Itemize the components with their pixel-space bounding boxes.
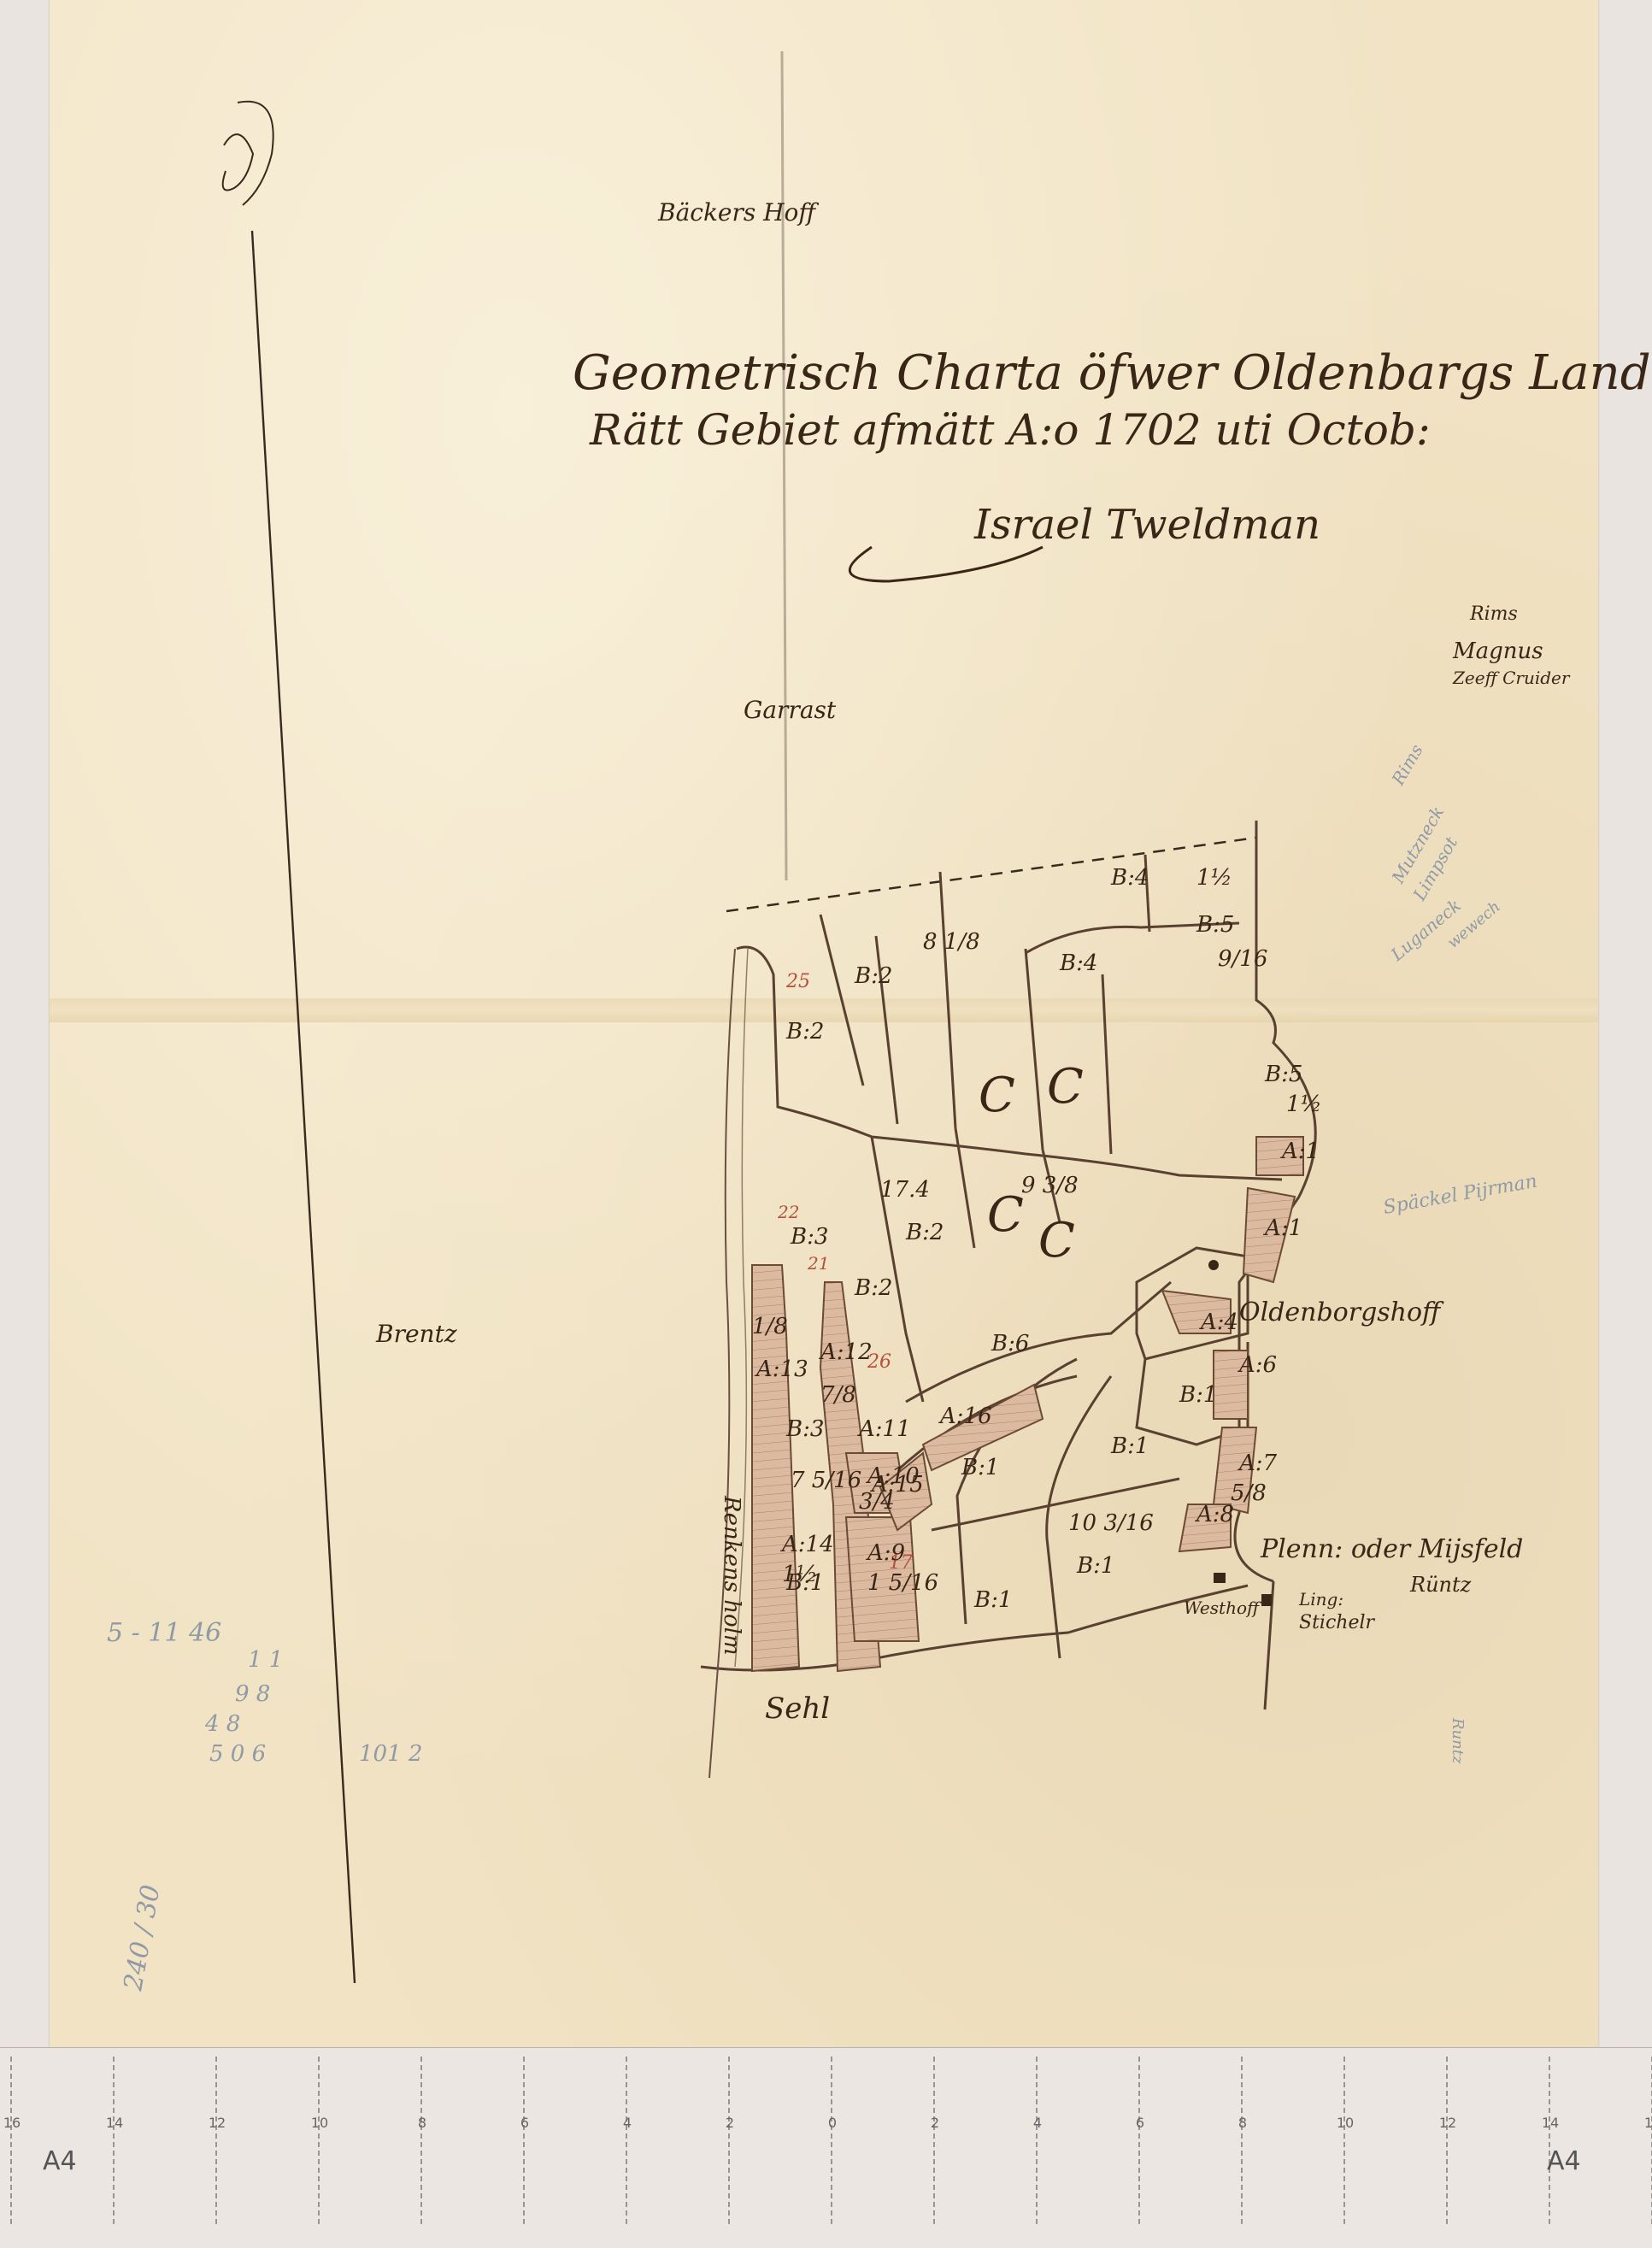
parcel-label: 9 3/8 bbox=[1021, 1173, 1079, 1198]
ruler-label-left: A4 bbox=[43, 2146, 77, 2176]
title-block: Geometrisch Charta öfwer Oldenbargs Land… bbox=[573, 345, 1652, 581]
parcel-label: B:1 bbox=[1076, 1553, 1114, 1579]
label-backers-hoff: Bäckers Hoff bbox=[657, 198, 819, 227]
ruler-number: 8 bbox=[1238, 2115, 1247, 2131]
parcel-label: A:6 bbox=[1238, 1352, 1277, 1378]
parcel-label: 9/16 bbox=[1218, 946, 1267, 972]
svg-text:1 1: 1 1 bbox=[248, 1647, 283, 1673]
ruler-tick bbox=[420, 2057, 422, 2227]
ruler-number: 14 bbox=[1542, 2115, 1559, 2131]
parcel-label: A:13 bbox=[755, 1356, 808, 1382]
label-plenn: Plenn: oder Mijsfeld bbox=[1260, 1534, 1523, 1564]
title-line-1: Geometrisch Charta öfwer Oldenbargs Land… bbox=[573, 345, 1652, 401]
parcel-label: 5/8 bbox=[1231, 1480, 1267, 1506]
ruler-tick bbox=[215, 2057, 217, 2227]
parcel-label: B:1 bbox=[785, 1570, 824, 1596]
ruler-tick bbox=[1549, 2057, 1550, 2227]
parcel-label: B:2 bbox=[854, 1275, 892, 1301]
parcel-label: B:2 bbox=[785, 1019, 824, 1045]
parcel-label: A:1 bbox=[1280, 1139, 1320, 1164]
survey-line bbox=[782, 51, 786, 880]
parcel-label: 1/8 bbox=[752, 1314, 788, 1339]
label-stichel: Stichelr bbox=[1299, 1612, 1375, 1633]
parcel-label: 7/8 bbox=[820, 1382, 856, 1408]
ruler-number: 4 bbox=[1033, 2115, 1042, 2131]
parcel-label: B:5 bbox=[1196, 912, 1234, 938]
ruler-tick bbox=[1241, 2057, 1243, 2227]
ruler-number: 16 bbox=[1644, 2115, 1652, 2131]
signature: Israel Tweldman bbox=[973, 501, 1320, 549]
parcel-label: A:10 bbox=[866, 1463, 920, 1489]
parcel-label: A:1 bbox=[1263, 1215, 1302, 1241]
ruler-number: 12 bbox=[209, 2115, 226, 2131]
ruler-number: 14 bbox=[106, 2115, 123, 2131]
ruler-label-right: A4 bbox=[1547, 2146, 1581, 2176]
parcel-label: A:14 bbox=[780, 1532, 834, 1557]
label-westhoff: Westhoff bbox=[1184, 1598, 1262, 1618]
svg-text:9 8: 9 8 bbox=[235, 1681, 270, 1707]
ruler-tick bbox=[523, 2057, 525, 2227]
parcel-label: A:12 bbox=[819, 1339, 873, 1365]
parcel-label: B:4 bbox=[1059, 950, 1097, 976]
parcel-label: 3/4 bbox=[859, 1489, 895, 1515]
svg-text:22: 22 bbox=[777, 1202, 799, 1222]
svg-text:101 2: 101 2 bbox=[359, 1741, 422, 1767]
parcel-label: B:2 bbox=[854, 963, 892, 989]
ruler-number: 6 bbox=[1136, 2115, 1144, 2131]
label-renkens-holm: Renkens holm bbox=[719, 1495, 744, 1656]
ruler-number: 4 bbox=[623, 2115, 632, 2131]
parcel-label: 1½ bbox=[1196, 865, 1232, 891]
ruler-number: 2 bbox=[726, 2115, 734, 2131]
svg-text:Rims: Rims bbox=[1387, 741, 1427, 790]
parcel-label: B:3 bbox=[790, 1224, 828, 1250]
parcel-label: A:8 bbox=[1195, 1502, 1234, 1527]
parcel-label: B:1 bbox=[1110, 1433, 1149, 1459]
parcel-label: B:5 bbox=[1264, 1062, 1302, 1087]
label-sehl: Sehl bbox=[765, 1692, 830, 1726]
ruler-tick bbox=[318, 2057, 320, 2227]
parcel-label: 10 3/16 bbox=[1068, 1510, 1154, 1536]
ruler-tick bbox=[1138, 2057, 1140, 2227]
ruler-tick bbox=[626, 2057, 627, 2227]
label-brentz: Brentz bbox=[375, 1320, 457, 1348]
parcel-label: 1 5/16 bbox=[867, 1570, 938, 1596]
ruler-tick bbox=[113, 2057, 115, 2227]
parcel-label: A:9 bbox=[866, 1540, 905, 1566]
label-oldenborgshoff: Oldenborgshoff bbox=[1239, 1298, 1444, 1327]
ruler-number: 0 bbox=[828, 2115, 837, 2131]
title-line-2: Rätt Gebiet afmätt A:o 1702 uti Octob: bbox=[589, 405, 1431, 455]
ruler-tick bbox=[728, 2057, 730, 2227]
parcel-label: B:2 bbox=[905, 1220, 944, 1245]
ruler-tick bbox=[10, 2057, 12, 2227]
ruler-number: 16 bbox=[3, 2115, 21, 2131]
parcel-label: A:4 bbox=[1199, 1309, 1238, 1335]
svg-text:5 0 6: 5 0 6 bbox=[209, 1741, 266, 1767]
parcel-label: B:4 bbox=[1110, 865, 1149, 891]
ruler-number: 10 bbox=[1337, 2115, 1354, 2131]
label-ling: Ling: bbox=[1298, 1589, 1343, 1609]
label-magnus-sub: Zeeff Cruider bbox=[1452, 668, 1571, 688]
parcel-label: C bbox=[1047, 1059, 1084, 1115]
parcel-label: 8 1/8 bbox=[923, 929, 980, 955]
parcel-label: B:6 bbox=[991, 1331, 1029, 1356]
label-rims: Rims bbox=[1469, 603, 1518, 625]
map-drawing: Geometrisch Charta öfwer Oldenbargs Land… bbox=[0, 0, 1652, 2248]
svg-text:21: 21 bbox=[807, 1253, 829, 1274]
parcel-label: 7 5/16 bbox=[791, 1468, 861, 1493]
parcel-label: A:7 bbox=[1238, 1451, 1278, 1476]
svg-text:Runtz: Runtz bbox=[1449, 1717, 1467, 1764]
parcel-label: C bbox=[979, 1068, 1015, 1123]
ruler-tick bbox=[1036, 2057, 1038, 2227]
label-magnus: Magnus bbox=[1452, 639, 1543, 664]
parcel-label: 17.4 bbox=[880, 1177, 930, 1203]
ruler-tick bbox=[831, 2057, 832, 2227]
scale-ruler: A4 A4 1614121086420246810121416 bbox=[0, 2047, 1652, 2248]
label-runtz: Rüntz bbox=[1409, 1573, 1472, 1597]
ruler-number: 6 bbox=[520, 2115, 529, 2131]
ruler-tick bbox=[1446, 2057, 1448, 2227]
parcel-label: C bbox=[1038, 1213, 1075, 1268]
ruler-number: 8 bbox=[418, 2115, 426, 2131]
parcel-label: B:1 bbox=[1179, 1382, 1217, 1408]
svg-text:4 8: 4 8 bbox=[204, 1711, 240, 1737]
label-speckel: Späckel Pijrman bbox=[1382, 1171, 1539, 1219]
parcel-label: A:11 bbox=[857, 1416, 911, 1442]
ruler-tick bbox=[933, 2057, 935, 2227]
dashed-boundary bbox=[726, 838, 1256, 911]
parcel-label: B:1 bbox=[961, 1455, 999, 1480]
parcel-label: B:1 bbox=[973, 1587, 1012, 1613]
parcel-label: B:3 bbox=[785, 1416, 824, 1442]
ruler-number: 2 bbox=[931, 2115, 939, 2131]
svg-text:25: 25 bbox=[785, 971, 810, 992]
parcel-label: 1½ bbox=[1286, 1092, 1322, 1117]
svg-text:240 / 30: 240 / 30 bbox=[118, 1883, 166, 1994]
ruler-number: 12 bbox=[1439, 2115, 1456, 2131]
parcel-label: C bbox=[987, 1187, 1024, 1243]
label-garrast: Garrast bbox=[744, 696, 837, 724]
ruler-number: 10 bbox=[311, 2115, 328, 2131]
svg-text:5 - 11 46: 5 - 11 46 bbox=[107, 1618, 221, 1648]
parcel-label: A:16 bbox=[938, 1404, 992, 1429]
ruler-tick bbox=[1343, 2057, 1345, 2227]
